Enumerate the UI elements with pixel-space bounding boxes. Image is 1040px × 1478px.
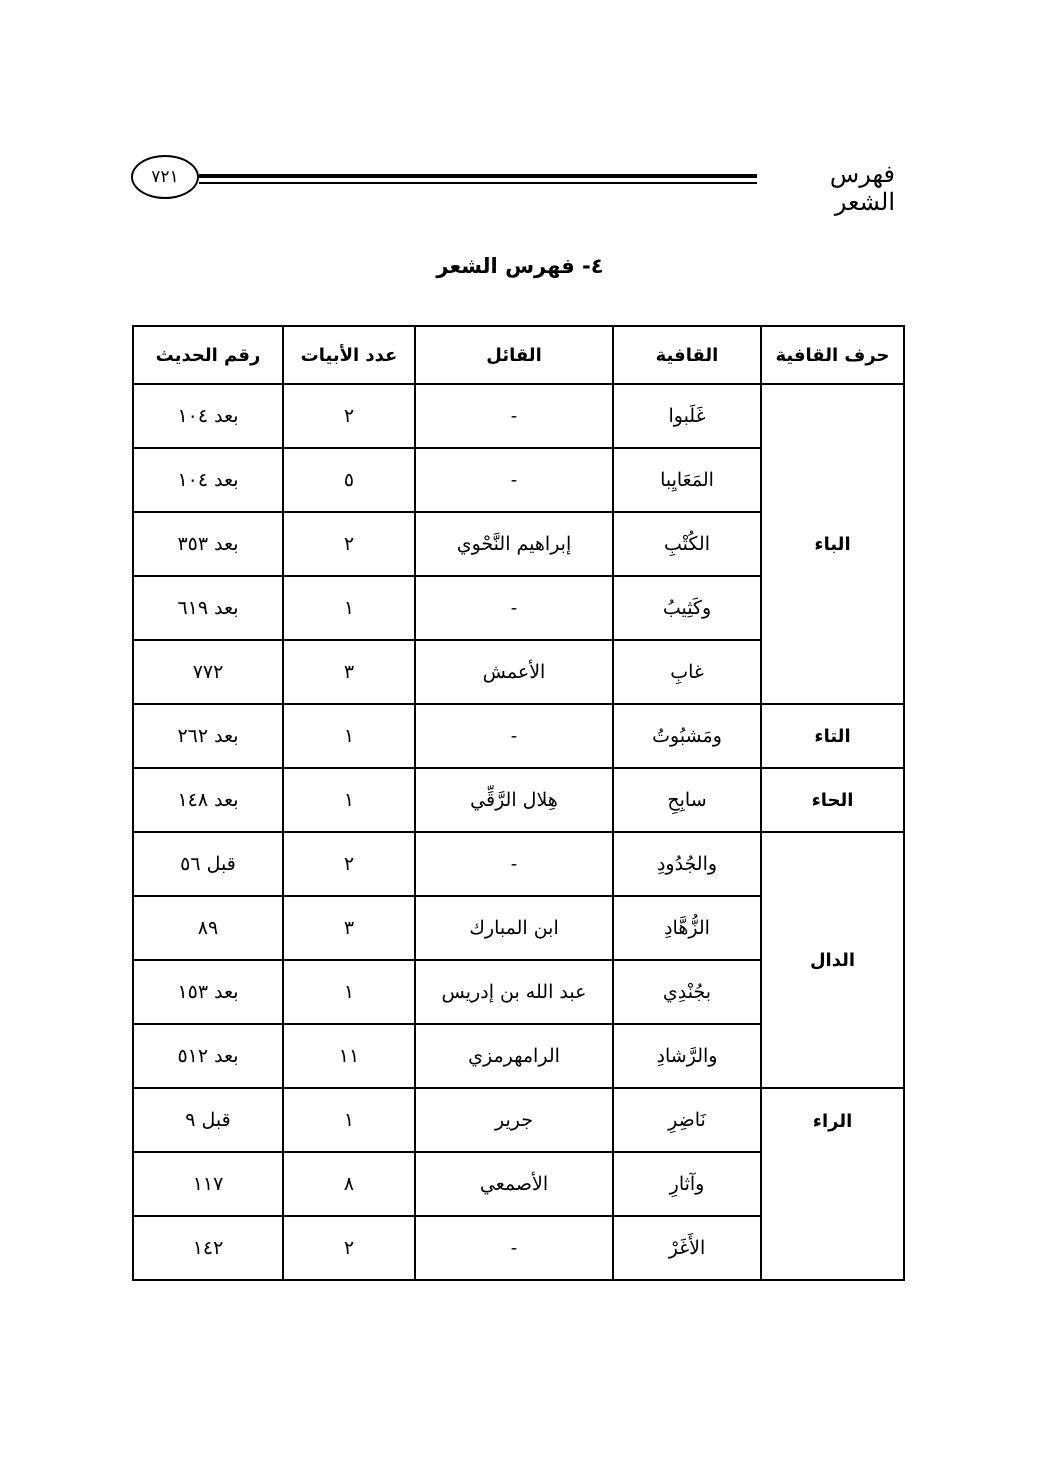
verse-count-cell: ٢ — [283, 832, 415, 896]
header-poet: القائل — [415, 326, 613, 384]
poet-cell: - — [415, 448, 613, 512]
header-verse-count: عدد الأبيات — [283, 326, 415, 384]
verse-count-cell: ١ — [283, 768, 415, 832]
hadith-number-cell: بعد ٦١٩ — [133, 576, 283, 640]
verse-count-cell: ٣ — [283, 896, 415, 960]
verse-count-cell: ١ — [283, 576, 415, 640]
rhyme-letter-cell: الراء — [761, 1088, 904, 1280]
hadith-number-cell: قبل ٥٦ — [133, 832, 283, 896]
page-number: ٧٢١ — [131, 155, 199, 199]
hadith-number-cell: بعد ٣٥٣ — [133, 512, 283, 576]
rhyme-cell: غَلَبوا — [613, 384, 761, 448]
table-row: الباء غَلَبوا - ٢ بعد ١٠٤ — [133, 384, 904, 448]
rhyme-letter-cell: الحاء — [761, 768, 904, 832]
verse-count-cell: ١١ — [283, 1024, 415, 1088]
hadith-number-cell: ١١٧ — [133, 1152, 283, 1216]
hadith-number-cell: قبل ٩ — [133, 1088, 283, 1152]
poet-cell: الأعمش — [415, 640, 613, 704]
verse-count-cell: ٨ — [283, 1152, 415, 1216]
rhyme-cell: الأَغَرْ — [613, 1216, 761, 1280]
poet-cell: عبد الله بن إدريس — [415, 960, 613, 1024]
verse-count-cell: ١ — [283, 960, 415, 1024]
verse-count-cell: ٥ — [283, 448, 415, 512]
rhyme-cell: غابِ — [613, 640, 761, 704]
verse-count-cell: ٢ — [283, 384, 415, 448]
table-row: الحاء سابِحِ هِلال الرَّقِّي ١ بعد ١٤٨ — [133, 768, 904, 832]
rhyme-cell: والرَّشادِ — [613, 1024, 761, 1088]
rhyme-letter-cell: الباء — [761, 384, 904, 704]
header-rule-thick — [199, 174, 757, 178]
rhyme-cell: والجُدُودِ — [613, 832, 761, 896]
running-head: ٧٢١ فهرس الشعر — [0, 0, 1040, 240]
rhyme-cell: الزُّهَّادِ — [613, 896, 761, 960]
rhyme-cell: بجُنْدِي — [613, 960, 761, 1024]
poetry-index-table: حرف القافية القافية القائل عدد الأبيات ر… — [132, 325, 905, 1281]
header-rule-thin — [199, 182, 757, 184]
verse-count-cell: ٣ — [283, 640, 415, 704]
hadith-number-cell: بعد ١٠٤ — [133, 448, 283, 512]
section-title: ٤- فهرس الشعر — [0, 254, 1040, 278]
rhyme-cell: وكَثِيبُ — [613, 576, 761, 640]
rhyme-letter-cell: الدال — [761, 832, 904, 1088]
rhyme-cell: سابِحِ — [613, 768, 761, 832]
verse-count-cell: ١ — [283, 1088, 415, 1152]
hadith-number-cell: بعد ١٥٣ — [133, 960, 283, 1024]
hadith-number-cell: ٨٩ — [133, 896, 283, 960]
poet-cell: - — [415, 832, 613, 896]
rhyme-cell: نَاضِرِ — [613, 1088, 761, 1152]
hadith-number-cell: ١٤٢ — [133, 1216, 283, 1280]
table-row: الراء نَاضِرِ جرير ١ قبل ٩ — [133, 1088, 904, 1152]
hadith-number-cell: بعد ٢٦٢ — [133, 704, 283, 768]
rhyme-cell: وآثارِ — [613, 1152, 761, 1216]
poet-cell: هِلال الرَّقِّي — [415, 768, 613, 832]
table-header-row: حرف القافية القافية القائل عدد الأبيات ر… — [133, 326, 904, 384]
poet-cell: إبراهيم النَّحْوي — [415, 512, 613, 576]
poet-cell: - — [415, 576, 613, 640]
header-hadith-number: رقم الحديث — [133, 326, 283, 384]
verse-count-cell: ١ — [283, 704, 415, 768]
poet-cell: جرير — [415, 1088, 613, 1152]
header-rhyme: القافية — [613, 326, 761, 384]
hadith-number-cell: ٧٧٢ — [133, 640, 283, 704]
poet-cell: الأصمعي — [415, 1152, 613, 1216]
hadith-number-cell: بعد ١٠٤ — [133, 384, 283, 448]
hadith-number-cell: بعد ٥١٢ — [133, 1024, 283, 1088]
hadith-number-cell: بعد ١٤٨ — [133, 768, 283, 832]
poet-cell: الرامهرمزي — [415, 1024, 613, 1088]
poet-cell: - — [415, 1216, 613, 1280]
table-row: الدال والجُدُودِ - ٢ قبل ٥٦ — [133, 832, 904, 896]
poet-cell: ابن المبارك — [415, 896, 613, 960]
poet-cell: - — [415, 384, 613, 448]
verse-count-cell: ٢ — [283, 1216, 415, 1280]
running-head-title: فهرس الشعر — [770, 160, 895, 216]
table-row: التاء ومَشبُوتُ - ١ بعد ٢٦٢ — [133, 704, 904, 768]
poet-cell: - — [415, 704, 613, 768]
rhyme-letter-cell: التاء — [761, 704, 904, 768]
rhyme-cell: ومَشبُوتُ — [613, 704, 761, 768]
verse-count-cell: ٢ — [283, 512, 415, 576]
rhyme-cell: الكُتْبِ — [613, 512, 761, 576]
rhyme-cell: المَعَايِبا — [613, 448, 761, 512]
header-rhyme-letter: حرف القافية — [761, 326, 904, 384]
